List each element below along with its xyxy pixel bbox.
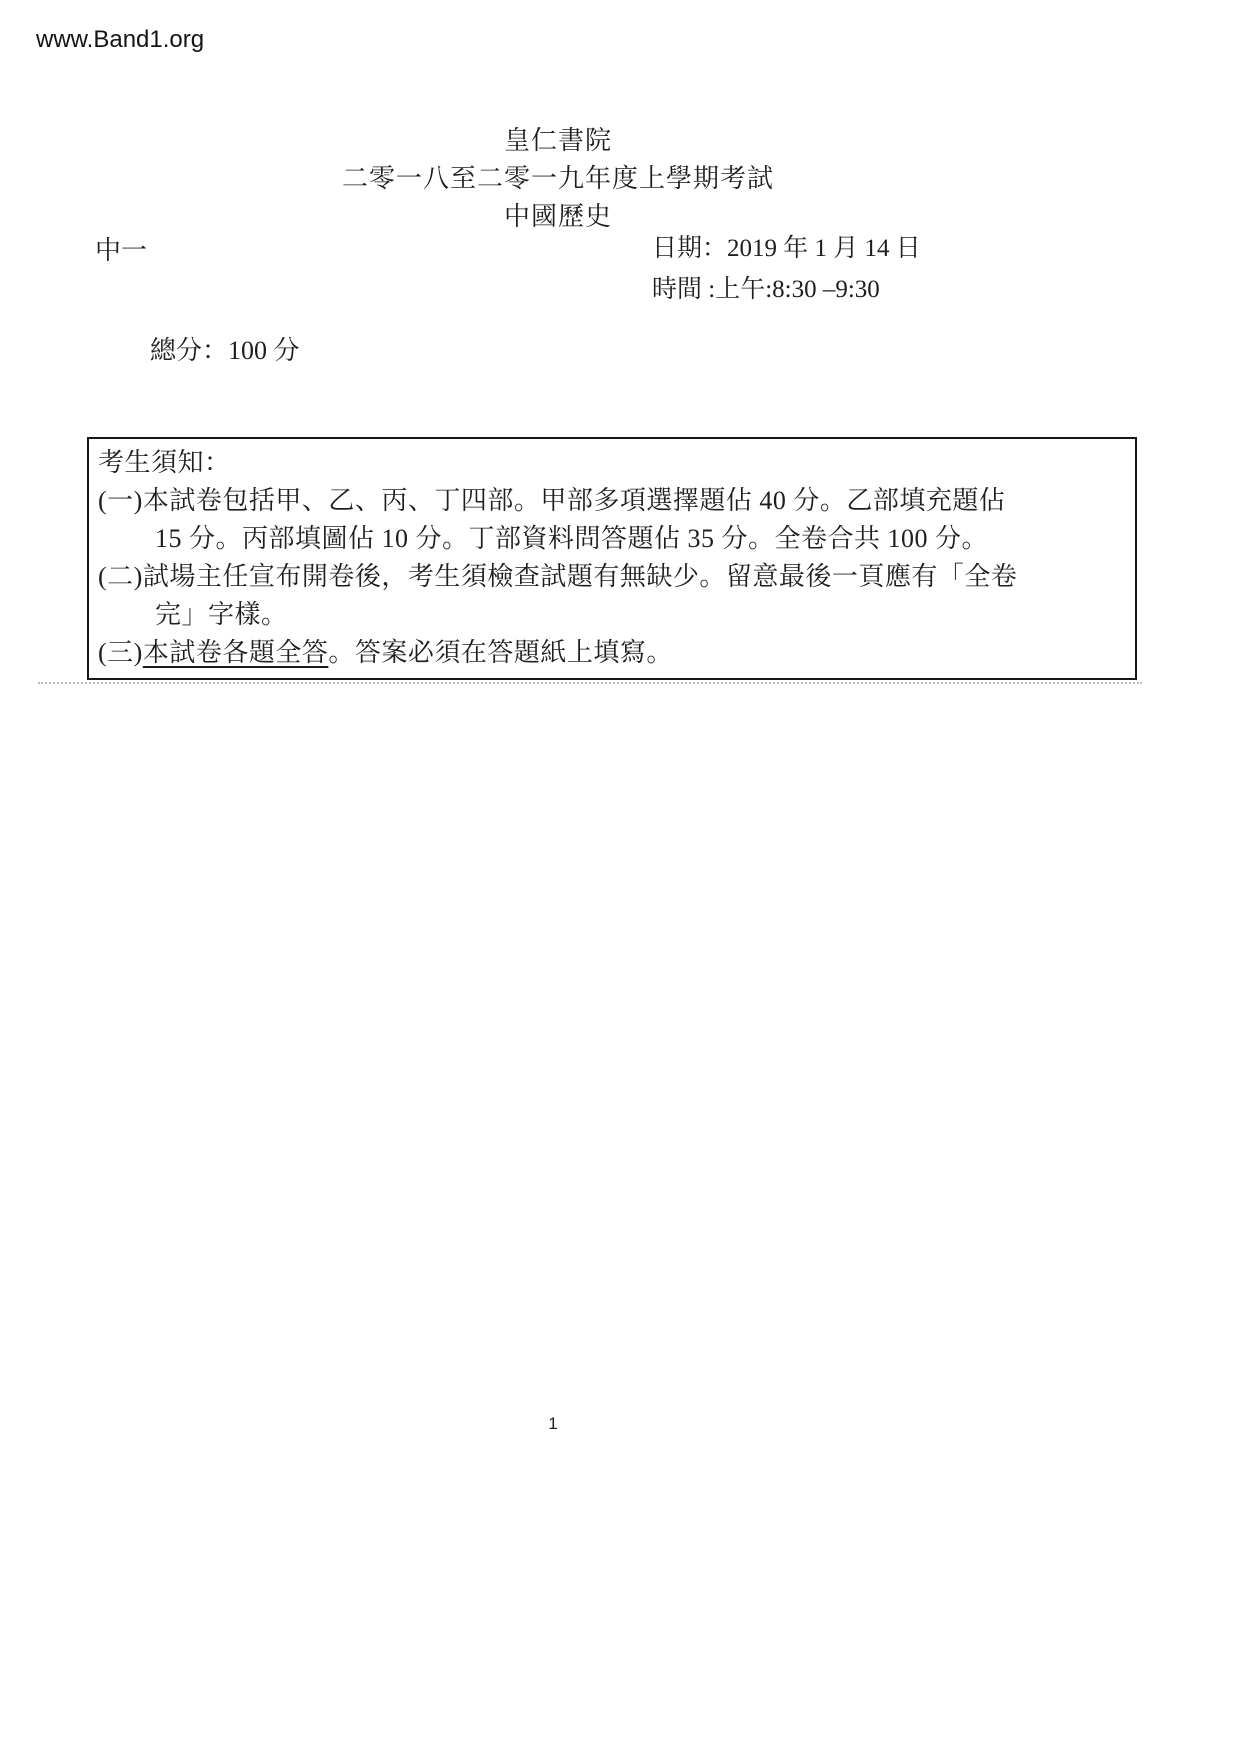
notice-item-2-line-1: (二)試場主任宣布開卷後，考生須檢查試題有無缺少。留意最後一頁應有「全卷 xyxy=(98,558,1126,596)
exam-date: 日期：2019 年 1 月 14 日 xyxy=(652,228,921,269)
notice-item-3: (三)本試卷各題全答。答案必須在答題紙上填寫。 xyxy=(98,634,1126,672)
exam-title: 二零一八至二零一九年度上學期考試 xyxy=(0,160,1116,198)
datetime-block: 日期：2019 年 1 月 14 日 時間 :上午:8:30 –9:30 xyxy=(652,228,921,310)
notice-item-3-suffix: 。答案必須在答題紙上填寫。 xyxy=(328,638,673,667)
notice-item-3-prefix: (三) xyxy=(98,638,143,667)
subject-title: 中國歷史 xyxy=(0,198,1116,236)
notice-item-1-line-1: (一)本試卷包括甲、乙、丙、丁四部。甲部多項選擇題佔 40 分。乙部填充題佔 xyxy=(98,482,1126,520)
title-block: 皇仁書院 二零一八至二零一九年度上學期考試 中國歷史 xyxy=(0,122,1116,236)
notice-box: 考生須知： (一)本試卷包括甲、乙、丙、丁四部。甲部多項選擇題佔 40 分。乙部… xyxy=(87,437,1137,680)
notice-item-1-line-2: 15 分。丙部填圖佔 10 分。丁部資料問答題佔 35 分。全卷合共 100 分… xyxy=(98,520,1126,558)
page-number: 1 xyxy=(0,1414,1106,1434)
exam-cover-page: www.Band1.org 皇仁書院 二零一八至二零一九年度上學期考試 中國歷史… xyxy=(0,0,1240,1754)
total-marks: 總分：100 分 xyxy=(150,330,300,367)
scan-artifact-line xyxy=(38,682,1142,684)
notice-item-2-line-2: 完」字樣。 xyxy=(98,596,1126,634)
class-level: 中一 xyxy=(95,230,147,267)
school-name: 皇仁書院 xyxy=(0,122,1116,160)
exam-time: 時間 :上午:8:30 –9:30 xyxy=(652,269,921,310)
watermark-text: www.Band1.org xyxy=(36,26,204,54)
notice-heading: 考生須知： xyxy=(98,444,1126,482)
notice-item-3-underlined: 本試卷各題全答 xyxy=(143,638,329,667)
